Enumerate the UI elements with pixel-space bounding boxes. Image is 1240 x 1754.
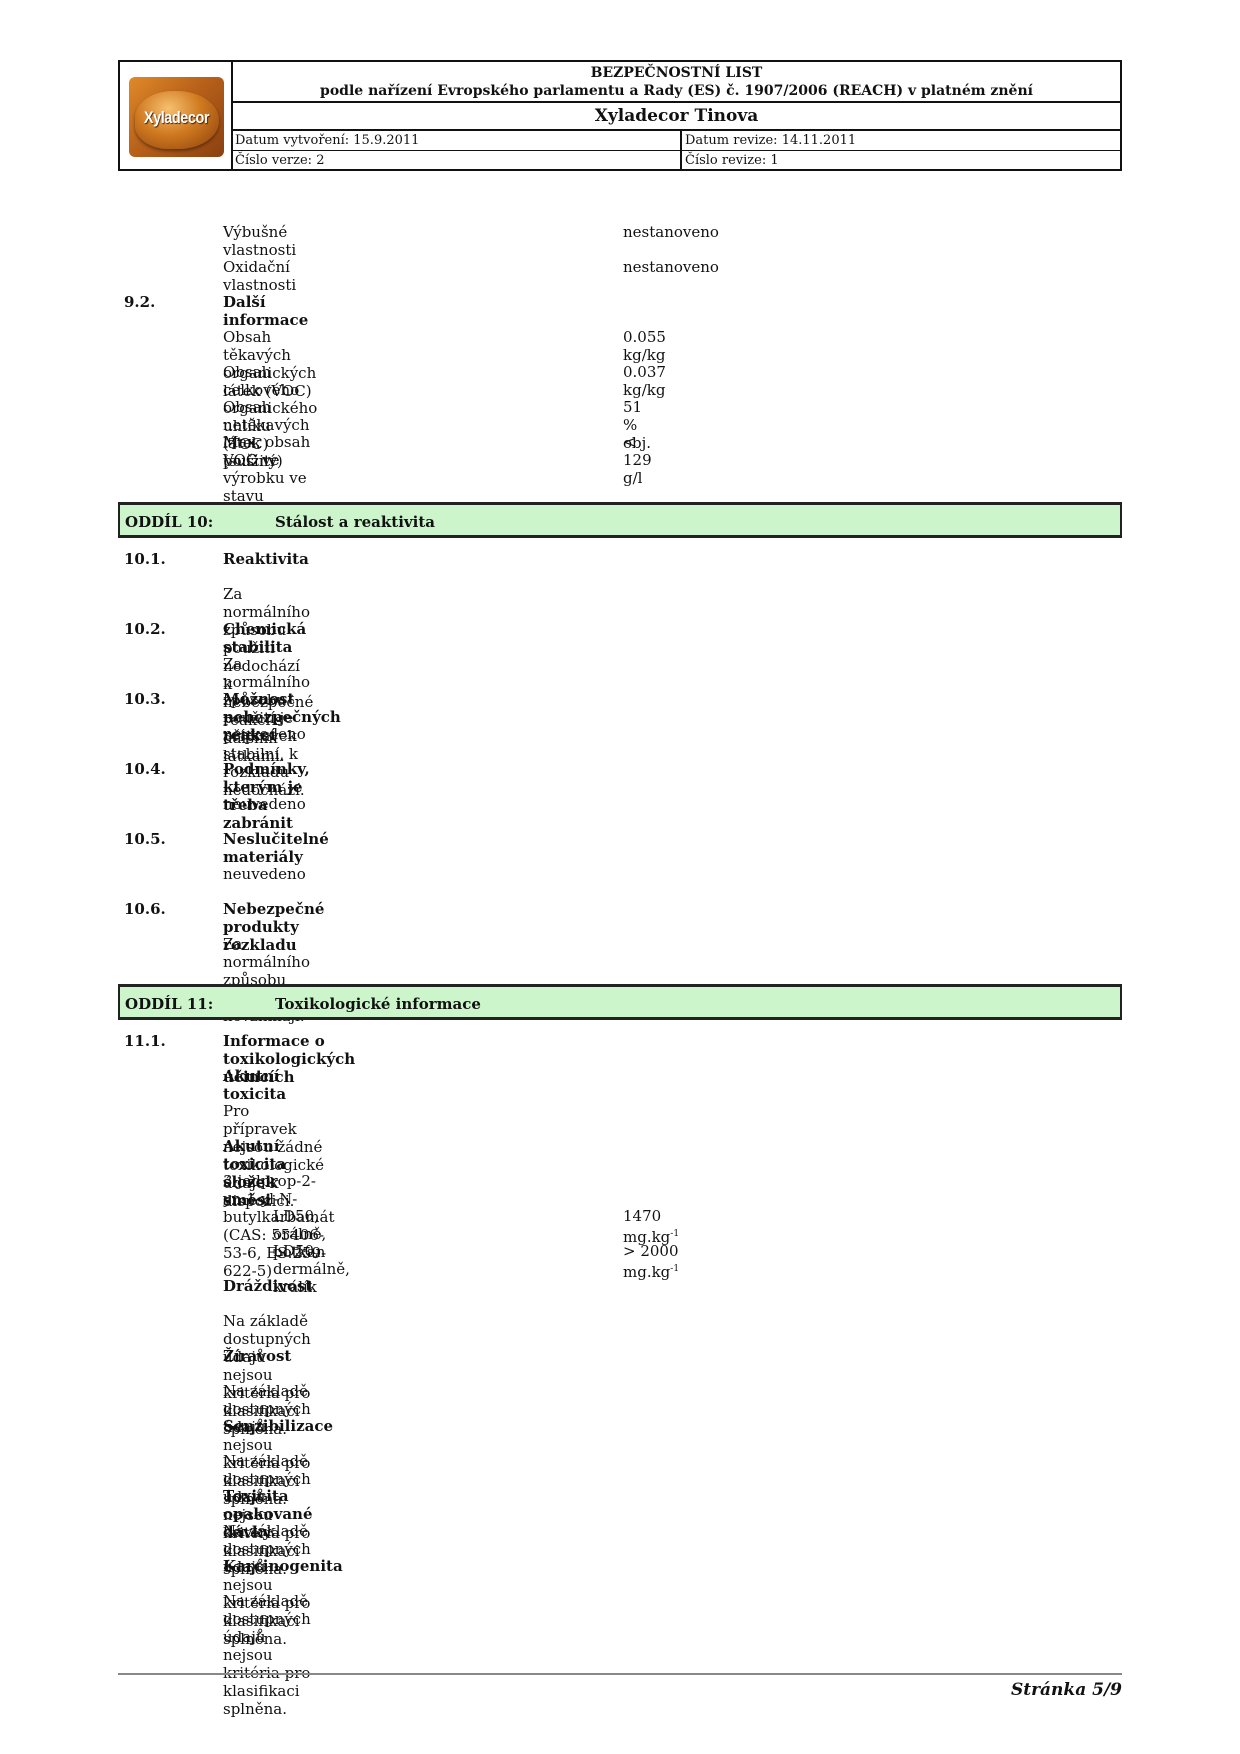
subsection-number: 9.2. — [124, 293, 155, 311]
acute-toxicity-title: Akutní toxicita — [223, 1067, 286, 1103]
endpoint-text: Na základě dostupných údajů nejsou krité… — [223, 1592, 311, 1718]
subsection-number: 10.1. — [124, 550, 166, 568]
section-title: Toxikologické informace — [275, 995, 481, 1013]
subsection-number: 10.6. — [124, 900, 166, 918]
endpoint-title: Dráždivost — [223, 1277, 312, 1295]
version-number: Číslo verze: 2 — [233, 151, 324, 170]
endpoint-title: Žíravost — [223, 1347, 291, 1365]
property-label: Výbušné vlastnosti — [223, 223, 296, 259]
subsection-number: 10.5. — [124, 830, 166, 848]
revision-date: Datum revize: 14.11.2011 — [680, 131, 856, 150]
subsection-text: neuvedeno — [223, 725, 306, 743]
property-value: 0.055 kg/kg — [623, 328, 666, 364]
logo-text: Xyladecor — [136, 108, 217, 128]
subsection-title: Reaktivita — [223, 550, 309, 568]
document-subtitle: podle nařízení Evropského parlamentu a R… — [233, 82, 1120, 100]
property-value: 0.037 kg/kg — [623, 363, 666, 399]
endpoint-title: Senzibilizace — [223, 1417, 333, 1435]
property-value: < 129 g/l — [623, 433, 652, 487]
subsection-number: 10.4. — [124, 760, 166, 778]
section-number: ODDÍL 10: — [125, 513, 213, 531]
subsection-text: neuvedeno — [223, 795, 306, 813]
unit-exponent: -1 — [670, 1264, 679, 1274]
subsection-number: 10.2. — [124, 620, 166, 638]
product-name: Xyladecor Tinova — [233, 103, 1120, 131]
ld50-value: > 2000 mg.kg — [623, 1242, 679, 1281]
section-number: ODDÍL 11: — [125, 995, 213, 1013]
logo-cell: Xyladecor — [120, 62, 233, 169]
property-label: použití — [223, 452, 275, 470]
document-header: Xyladecor BEZPEČNOSTNÍ LIST podle naříze… — [118, 60, 1122, 171]
section-header-10: ODDÍL 10: Stálost a reaktivita — [118, 502, 1122, 538]
unit-exponent: -1 — [670, 1229, 679, 1239]
subsection-number: 10.3. — [124, 690, 166, 708]
xyladecor-logo: Xyladecor — [129, 77, 224, 157]
section-header-11: ODDÍL 11: Toxikologické informace — [118, 984, 1122, 1020]
subsection-number: 11.1. — [124, 1032, 166, 1050]
property-value: nestanoveno — [623, 258, 719, 276]
property-value: nestanoveno — [623, 223, 719, 241]
page-number: Stránka 5/9 — [1011, 1680, 1122, 1700]
revision-number: Číslo revize: 1 — [680, 151, 779, 170]
subsection-title: Neslučitelné materiály — [223, 830, 329, 866]
subsection-text: neuvedeno — [223, 865, 306, 883]
property-label: Oxidační vlastnosti — [223, 258, 296, 294]
created-date: Datum vytvoření: 15.9.2011 — [233, 131, 419, 150]
ld50-value: 1470 mg.kg — [623, 1207, 670, 1246]
section-title: Stálost a reaktivita — [275, 513, 435, 531]
footer-divider — [118, 1673, 1122, 1675]
document-title: BEZPEČNOSTNÍ LIST — [233, 64, 1120, 82]
subsection-title: Chemická stabilita — [223, 620, 306, 656]
subsection-title: Další informace — [223, 293, 308, 329]
endpoint-title: Karcinogenita — [223, 1557, 343, 1575]
header-title-row: BEZPEČNOSTNÍ LIST podle nařízení Evropsk… — [233, 62, 1120, 103]
